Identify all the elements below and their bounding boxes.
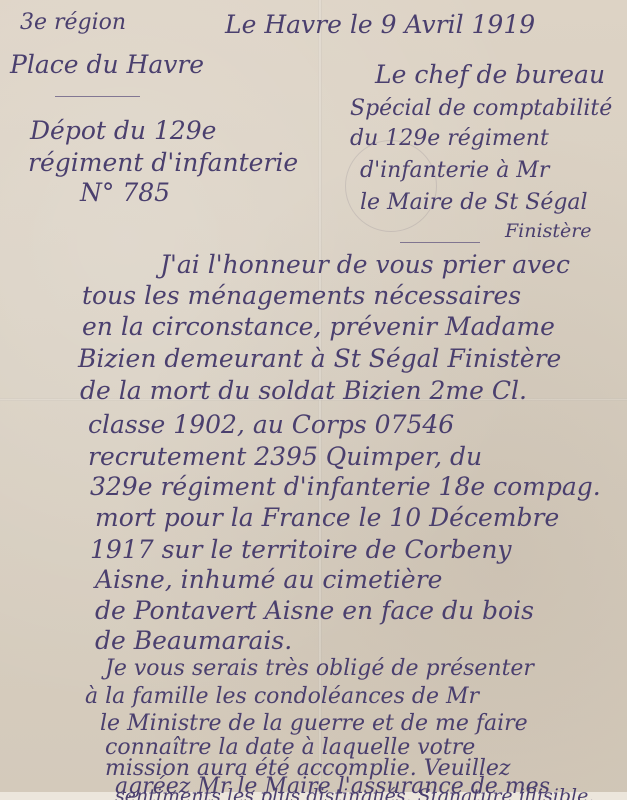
place-label: Place du Havre xyxy=(10,52,204,77)
body-line-11: Aisne, inhumé au cimetière xyxy=(95,567,442,592)
depot-line-1: Dépot du 129e xyxy=(30,118,216,143)
sender-line-1: Le chef de bureau xyxy=(375,62,605,87)
body-line-10: 1917 sur le territoire de Corbeny xyxy=(90,537,512,562)
body-line-15: à la famille les condoléances de Mr xyxy=(85,686,479,708)
body-line-8: 329e régiment d'infanterie 18e compag. xyxy=(90,474,601,499)
sender-line-2: Spécial de comptabilité xyxy=(350,98,612,120)
depot-number: N° 785 xyxy=(80,180,170,205)
body-line-14: Je vous serais très obligé de présenter xyxy=(105,658,534,680)
body-line-7: recrutement 2395 Quimper, du xyxy=(88,444,482,469)
body-line-5: de la mort du soldat Bizien 2me Cl. xyxy=(80,378,527,403)
region-label: 3e région xyxy=(20,12,126,34)
body-line-6: classe 1902, au Corps 07546 xyxy=(88,412,454,437)
body-line-13: de Beaumarais. xyxy=(95,628,292,653)
body-line-12: de Pontavert Aisne en face du bois xyxy=(95,598,534,623)
sender-rule xyxy=(400,242,480,243)
faint-postmark-stamp xyxy=(345,140,437,232)
dateline: Le Havre le 9 Avril 1919 xyxy=(225,12,535,37)
body-line-4: Bizien demeurant à St Ségal Finistère xyxy=(78,346,561,371)
body-line-20-signature: sentiments les plus distingués. Signatur… xyxy=(115,787,594,800)
sender-line-3: du 129e régiment xyxy=(350,128,549,150)
sender-line-5: le Maire de St Ségal xyxy=(360,192,588,214)
sender-line-4: d'infanterie à Mr xyxy=(360,160,549,182)
body-line-9: mort pour la France le 10 Décembre xyxy=(95,505,559,530)
body-line-2: tous les ménagements nécessaires xyxy=(82,283,521,308)
letterhead-rule xyxy=(55,96,140,97)
sender-line-6: Finistère xyxy=(505,222,592,241)
depot-line-2: régiment d'infanterie xyxy=(28,150,298,175)
body-line-1: J'ai l'honneur de vous prier avec xyxy=(160,252,570,277)
letter-page: 3e région Place du Havre Dépot du 129e r… xyxy=(0,0,627,800)
body-line-3: en la circonstance, prévenir Madame xyxy=(82,314,555,339)
body-line-16: le Ministre de la guerre et de me faire xyxy=(100,713,528,735)
